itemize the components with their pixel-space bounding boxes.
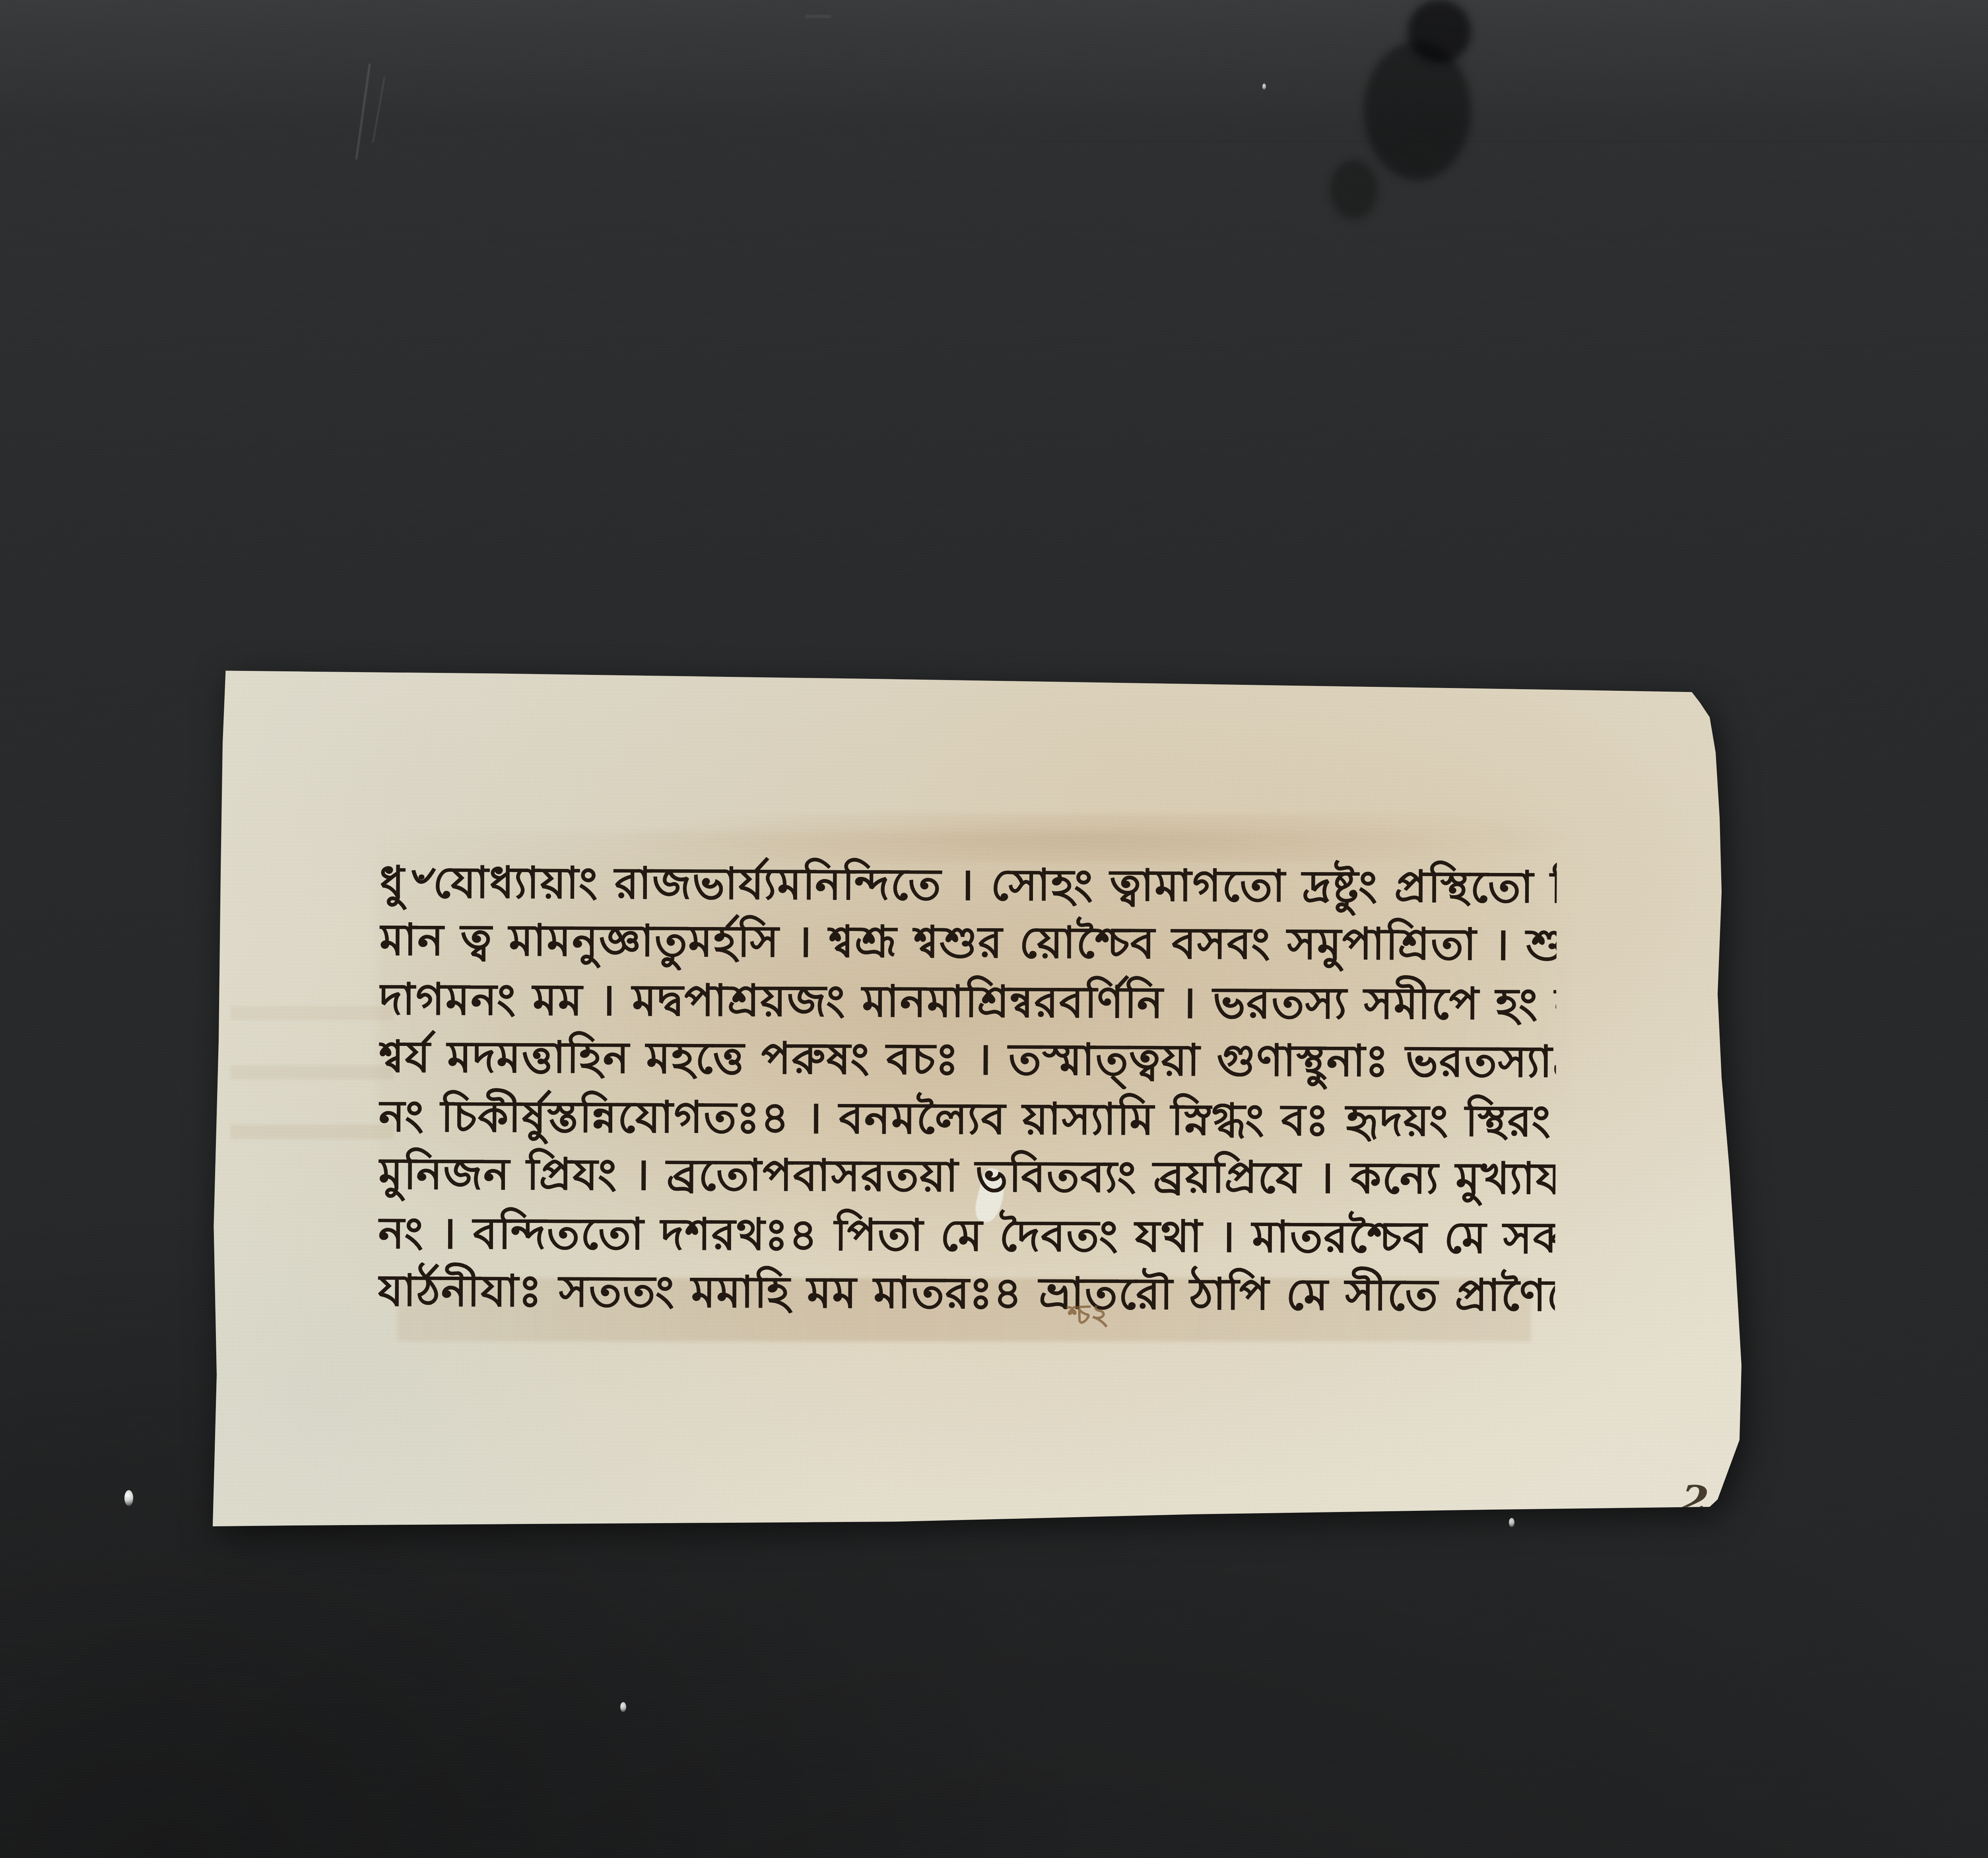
pin <box>124 1490 134 1506</box>
faded-annotation: শ্চ২ <box>1067 1300 1110 1331</box>
manuscript-line-2: মান ত্ব মামনুজ্ঞাতুমর্হসি । শ্বশ্রূ শ্বশ… <box>379 911 1557 974</box>
dust-speck <box>1262 84 1266 89</box>
manuscript-line-6: মুনিজন প্রিযং । ব্রতোপবাসরতয়া ভবিতব্যং … <box>378 1145 1555 1208</box>
pin <box>620 1702 626 1712</box>
manuscript-line-3: দাগমনং মম । মদ্বপাশ্রয়জং মানমাশ্রিন্বরব… <box>379 970 1556 1034</box>
ink-showthrough <box>231 989 394 1163</box>
manuscript-line-7: নং । বন্দিততো দশরথঃ৪ পিতা মে দৈবতং যথা ।… <box>378 1204 1555 1267</box>
manuscript-leaf: ধু৺যোধ্যায়াং রাজভার্য্যমনিন্দিতে । সোহং… <box>0 0 1988 1858</box>
manuscript-leaf-wrapper: ধু৺যোধ্যায়াং রাজভার্য্যমনিন্দিতে । সোহং… <box>0 0 1988 1858</box>
manuscript-text-block: ধু৺যোধ্যায়াং রাজভার্য্যমনিন্দিতে । সোহং… <box>378 852 1557 1325</box>
manuscript-line-1: ধু৺যোধ্যায়াং রাজভার্য্যমনিন্দিতে । সোহং… <box>379 853 1557 917</box>
manuscript-line-8: যার্ঠনীযাঃ সততং মমাহি মম মাতরঃ৪ ভ্রাতরৌ … <box>378 1261 1555 1325</box>
folio-number: 2 <box>1679 1479 1710 1521</box>
photo-background: ধু৺যোধ্যায়াং রাজভার্য্যমনিন্দিতে । সোহং… <box>0 0 1988 1858</box>
manuscript-line-5: নং চিকীর্ষুস্তন্নিযোগতঃ৪ । বনমল্যৈব য়াস… <box>379 1087 1556 1151</box>
manuscript-line-4: শ্বর্য মদমত্তাহিন মহত্তে পরুষং বচঃ । তস্… <box>379 1028 1556 1091</box>
